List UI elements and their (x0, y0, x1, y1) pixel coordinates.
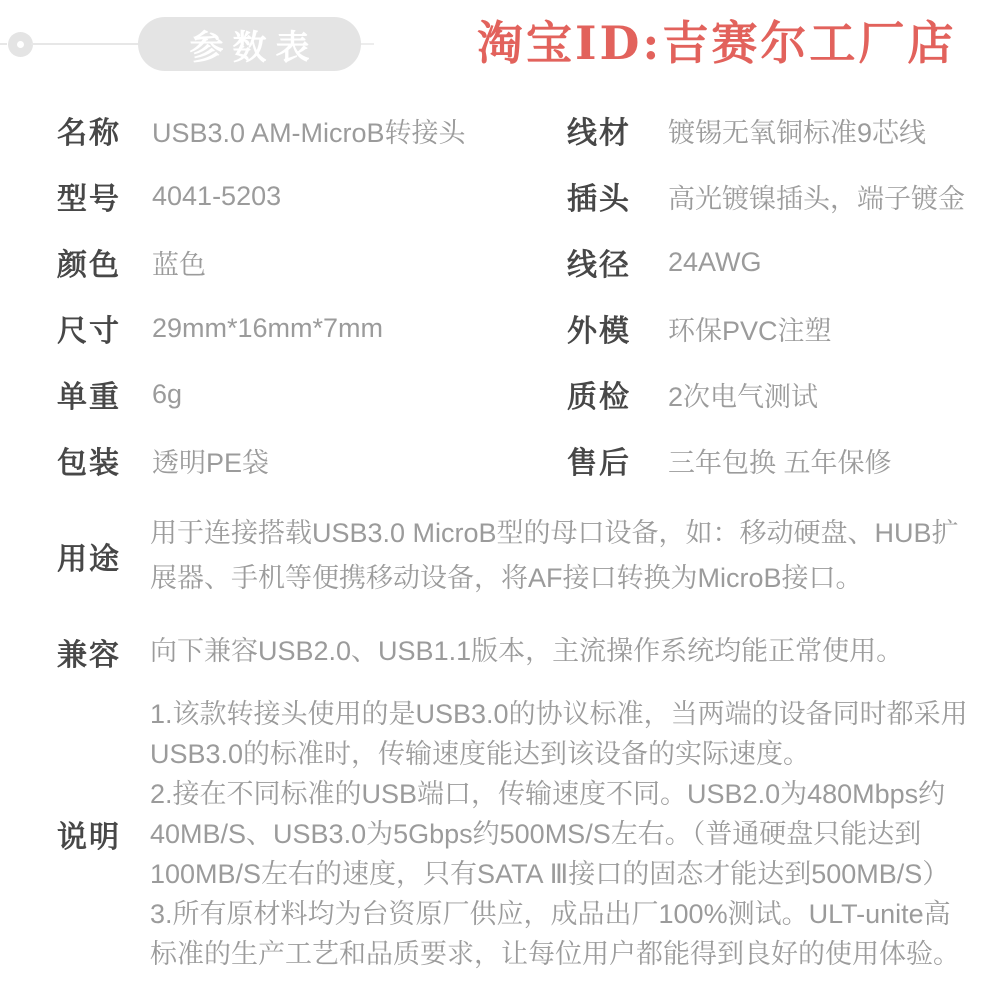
section-description: 说明 1.该款转接头使用的是USB3.0的协议标准，当两端的设备同时都采用USB… (57, 694, 972, 974)
header-divider-line (31, 43, 139, 45)
spec-value: 4041-5203 (152, 181, 281, 212)
spec-value: 24AWG (668, 247, 762, 278)
spec-label: 质检 (567, 372, 668, 416)
section-label: 用途 (57, 534, 150, 578)
spec-label: 单重 (57, 372, 152, 416)
spec-value: 镀锡无氧铜标准9芯线 (668, 111, 926, 150)
spec-label: 颜色 (57, 240, 152, 284)
section-label: 兼容 (57, 630, 150, 674)
spec-label: 售后 (567, 438, 668, 482)
shop-id-title: 淘宝ID:吉赛尔工厂店 (477, 17, 956, 69)
spec-row-quality-check: 质检 2次电气测试 (567, 361, 987, 427)
section-usage: 用途 用于连接搭载USB3.0 MicroB型的母口设备，如：移动硬盘、HUB扩… (57, 511, 972, 601)
spec-row-size: 尺寸 29mm*16mm*7mm (57, 295, 527, 361)
spec-label: 尺寸 (57, 306, 152, 350)
page-title-badge: 参数表 (138, 17, 361, 71)
header-divider-line (0, 43, 7, 45)
spec-column-left: 名称 USB3.0 AM-MicroB转接头 型号 4041-5203 颜色 蓝… (57, 97, 527, 493)
spec-value: 高光镀镍插头，端子镀金 (668, 177, 965, 216)
description-item-2: 2.接在不同标准的USB端口，传输速度不同。USB2.0为480Mbps约40M… (150, 774, 972, 894)
section-text: 1.该款转接头使用的是USB3.0的协议标准，当两端的设备同时都采用USB3.0… (150, 694, 972, 974)
spec-value: USB3.0 AM-MicroB转接头 (152, 111, 466, 150)
spec-column-right: 线材 镀锡无氧铜标准9芯线 插头 高光镀镍插头，端子镀金 线径 24AWG 外模… (567, 97, 987, 493)
spec-label: 包装 (57, 438, 152, 482)
spec-value: 6g (152, 379, 182, 410)
spec-row-weight: 单重 6g (57, 361, 527, 427)
spec-value: 2次电气测试 (668, 375, 818, 414)
section-compatibility: 兼容 向下兼容USB2.0、USB1.1版本，主流操作系统均能正常使用。 (57, 629, 972, 674)
page-title: 参数表 (181, 20, 319, 69)
header-divider-line (361, 43, 374, 45)
spec-value: 29mm*16mm*7mm (152, 313, 383, 344)
section-label: 说明 (57, 812, 150, 856)
bullet-circle-inner-dot (17, 41, 24, 48)
section-text: 向下兼容USB2.0、USB1.1版本，主流操作系统均能正常使用。 (150, 629, 972, 674)
description-item-1: 1.该款转接头使用的是USB3.0的协议标准，当两端的设备同时都采用USB3.0… (150, 694, 972, 774)
spec-row-color: 颜色 蓝色 (57, 229, 527, 295)
spec-row-cable-material: 线材 镀锡无氧铜标准9芯线 (567, 97, 987, 163)
spec-value: 环保PVC注塑 (668, 309, 832, 348)
spec-label: 名称 (57, 108, 152, 152)
spec-row-wire-gauge: 线径 24AWG (567, 229, 987, 295)
spec-label: 线径 (567, 240, 668, 284)
bullet-circle-icon (8, 32, 33, 57)
spec-row-after-sales: 售后 三年包换 五年保修 (567, 427, 987, 493)
spec-label: 线材 (567, 108, 668, 152)
spec-label: 型号 (57, 174, 152, 218)
spec-sheet-page: 参数表 淘宝ID:吉赛尔工厂店 名称 USB3.0 AM-MicroB转接头 型… (0, 0, 1000, 1000)
spec-value: 三年包换 五年保修 (668, 441, 892, 480)
spec-label: 外模 (567, 306, 668, 350)
spec-value: 蓝色 (152, 243, 206, 282)
section-text: 用于连接搭载USB3.0 MicroB型的母口设备，如：移动硬盘、HUB扩展器、… (150, 511, 972, 601)
spec-label: 插头 (567, 174, 668, 218)
spec-row-name: 名称 USB3.0 AM-MicroB转接头 (57, 97, 527, 163)
spec-row-outer-mold: 外模 环保PVC注塑 (567, 295, 987, 361)
description-item-3: 3.所有原材料均为台资原厂供应，成品出厂100%测试。ULT-unite高标准的… (150, 894, 972, 974)
spec-value: 透明PE袋 (152, 441, 269, 480)
spec-row-packaging: 包装 透明PE袋 (57, 427, 527, 493)
spec-row-model: 型号 4041-5203 (57, 163, 527, 229)
spec-row-plug: 插头 高光镀镍插头，端子镀金 (567, 163, 987, 229)
